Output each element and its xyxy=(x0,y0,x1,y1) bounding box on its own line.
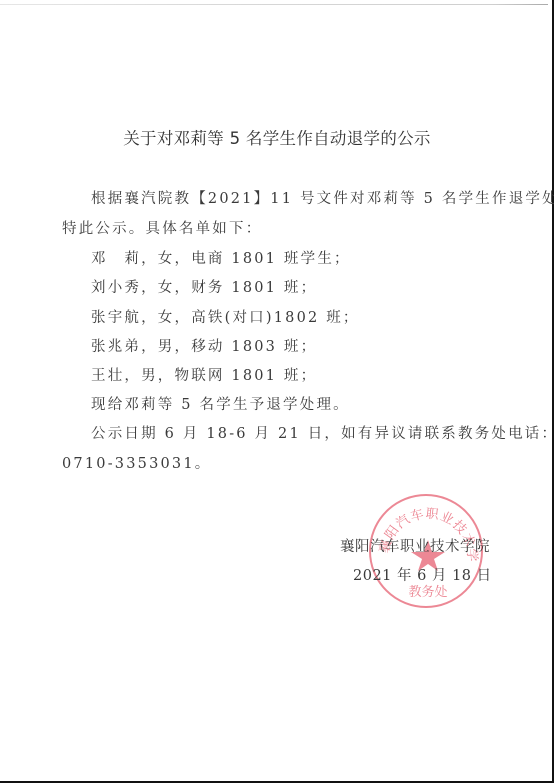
student-item: 王壮，男，物联网 1801 班； xyxy=(91,364,317,385)
svg-text:教务处: 教务处 xyxy=(408,584,447,600)
student-item: 刘小秀，女，财务 1801 班； xyxy=(91,276,317,297)
document-title: 关于对邓莉等 5 名学生作自动退学的公示 xyxy=(0,125,554,149)
signature-institution: 襄阳汽车职业技术学院 xyxy=(340,535,490,556)
decision-line: 现给邓莉等 5 名学生予退学处理。 xyxy=(91,393,350,414)
notice-line-1: 公示日期 6 月 18-6 月 21 日，如有异议请联系教务处电话： xyxy=(91,422,554,443)
notice-line-2: 0710-3353031。 xyxy=(62,452,211,473)
scan-edge-line xyxy=(0,4,548,5)
document-page: 关于对邓莉等 5 名学生作自动退学的公示 根据襄汽院教【2021】11 号文件对… xyxy=(0,0,554,783)
student-item: 邓 莉，女，电商 1801 班学生； xyxy=(91,247,351,268)
student-item: 张兆弟，男，移动 1803 班； xyxy=(91,335,317,356)
intro-paragraph-line-2: 特此公示。具体名单如下： xyxy=(62,217,262,238)
student-item: 张宇航，女，高铁(对口)1802 班； xyxy=(91,306,360,327)
signature-date: 2021 年 6 月 18 日 xyxy=(353,564,492,585)
intro-paragraph-line-1: 根据襄汽院教【2021】11 号文件对邓莉等 5 名学生作退学处理， xyxy=(91,187,554,208)
